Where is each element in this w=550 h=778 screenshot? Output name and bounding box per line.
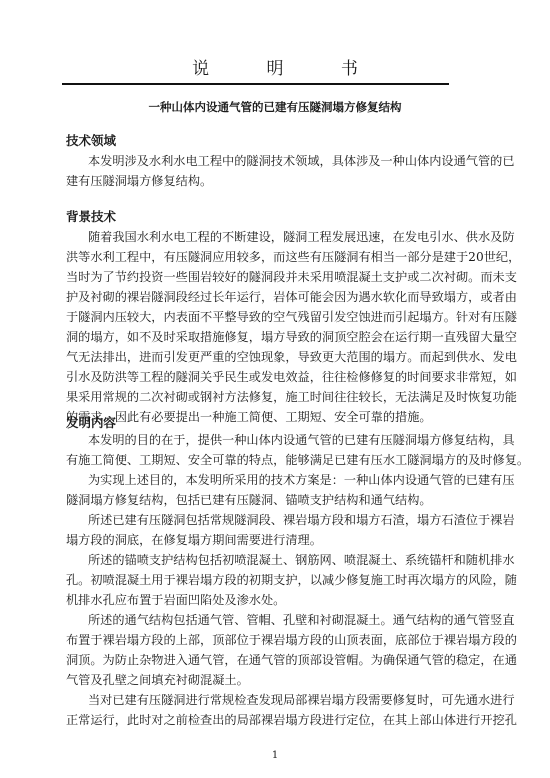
- paragraph-line: 洞顶。为防止杂物进入通气管，在通气管的顶部设管帽。为确保通气管的稳定，在通: [66, 652, 472, 668]
- section-heading-invention-content: 发明内容: [66, 415, 116, 431]
- paragraph-line: 塌方段的洞底，在修复塌方期间需要进行清理。: [66, 532, 472, 548]
- section-heading-background: 背景技术: [66, 209, 116, 225]
- paragraph-line: 的需求，因此有必要提出一种施工简便、工期短、安全可靠的措施。: [66, 409, 472, 425]
- paragraph-line: 孔。初喷混凝土用于裸岩塌方段的初期支护，以减少修复施工时再次塌方的风险，随: [66, 572, 472, 588]
- document-title: 一种山体内设通气管的已建有压隧洞塌方修复结构: [0, 99, 550, 115]
- paragraph-line: 正常运行，此时对之前检查出的局部裸岩塌方段进行定位，在其上部山体进行开挖孔: [66, 712, 472, 728]
- paragraph-line: 护及衬砌的裸岩隧洞段经过长年运行，岩体可能会因为遇水软化而导致塌方，或者由: [66, 289, 472, 305]
- page-number: 1: [0, 750, 550, 761]
- paragraph-line: 果采用常规的二次衬砌或钢衬方法修复，施工时间往往较长，无法满足及时恢复功能: [66, 389, 472, 405]
- paragraph-line: 为实现上述目的，本发明所采用的技术方案是：一种山体内设通气管的已建有压: [88, 472, 472, 488]
- paragraph-line: 引水及防洪等工程的隧洞关乎民生或发电效益，往往检修修复的时间要求非常短，如: [66, 369, 472, 385]
- paragraph-line: 于隧洞内压较大，内表面不平整导致的空气残留引发空蚀进而引起塌方。针对有压隧: [66, 309, 472, 325]
- paragraph-line: 洪等水利工程中，有压隧洞应用较多，而这些有压隧洞有相当一部分是建于20世纪，: [66, 249, 472, 265]
- paragraph-line: 所述的锚喷支护结构包括初喷混凝土、钢筋网、喷混凝土、系统锚杆和随机排水: [88, 552, 472, 568]
- paragraph-line: 布置于裸岩塌方段的上部，顶部位于裸岩塌方段的山顶表面，底部位于裸岩塌方段的: [66, 632, 472, 648]
- paragraph-line: 洞的塌方，如不及时采取措施修复，塌方导致的洞顶空腔会在运行期一直残留大量空: [66, 329, 472, 345]
- paragraph-line: 建有压隧洞塌方修复结构。: [66, 173, 472, 189]
- paragraph-line: 本发明的目的在于，提供一种山体内设通气管的已建有压隧洞塌方修复结构，具: [88, 432, 472, 448]
- page-title: 说 明 书: [0, 58, 550, 80]
- paragraph-line: 有施工简便、工期短、安全可靠的特点，能够满足已建有压水工隧洞塌方的及时修复。: [66, 452, 472, 468]
- paragraph-line: 所述的通气结构包括通气管、管帽、孔壁和衬砌混凝土。通气结构的通气管竖直: [88, 612, 472, 628]
- paragraph-line: 当时为了节约投资一些围岩较好的隧洞段并未采用喷混凝土支护或二次衬砌。而未支: [66, 269, 472, 285]
- paragraph-line: 隧洞塌方修复结构，包括已建有压隧洞、锚喷支护结构和通气结构。: [66, 492, 472, 508]
- paragraph-line: 气无法排出，进而引发更严重的空蚀现象，导致更大范围的塌方。而起到供水、发电: [66, 349, 472, 365]
- paragraph-line: 当对已建有压隧洞进行常规检查发现局部裸岩塌方段需要修复时，可先通水进行: [88, 692, 472, 708]
- paragraph-line: 所述已建有压隧洞包括常规隧洞段、裸岩塌方段和塌方石渣，塌方石渣位于裸岩: [88, 512, 472, 528]
- title-rule: [62, 83, 449, 85]
- paragraph-line: 机排水孔应布置于岩面凹陷处及渗水处。: [66, 592, 472, 608]
- paragraph-line: 本发明涉及水利水电工程中的隧洞技术领域，具体涉及一种山体内设通气管的已: [88, 153, 472, 169]
- paragraph-line: 随着我国水利水电工程的不断建设，隧洞工程发展迅速，在发电引水、供水及防: [88, 229, 472, 245]
- section-heading-technical-field: 技术领域: [66, 133, 116, 149]
- paragraph-line: 气管及孔壁之间填充衬砌混凝土。: [66, 672, 472, 688]
